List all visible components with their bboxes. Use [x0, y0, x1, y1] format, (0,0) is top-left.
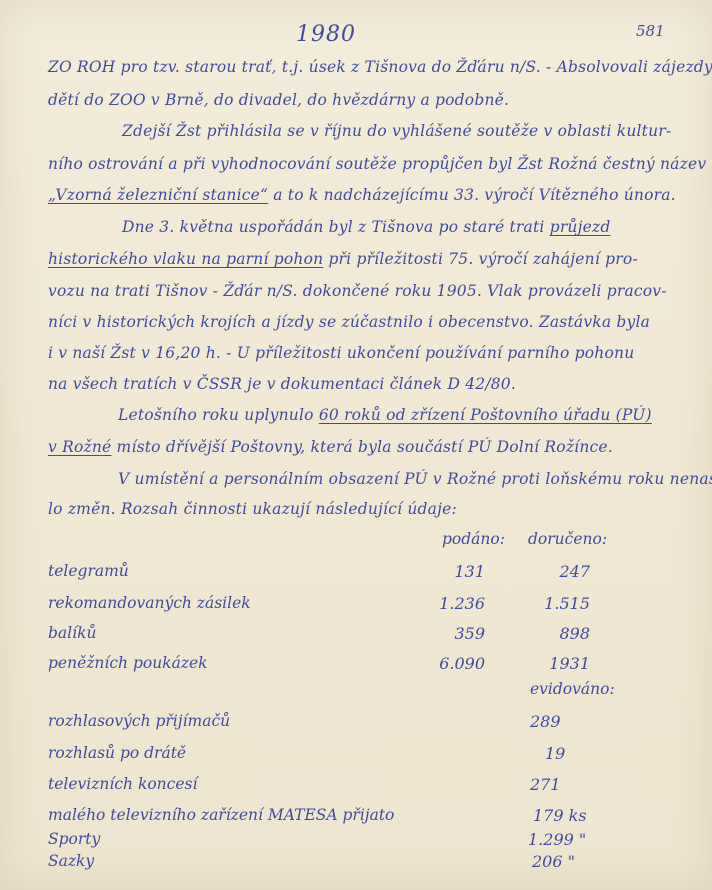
cell-podano: 131 — [415, 562, 485, 581]
row-label: rozhlasových přijímačů — [48, 712, 230, 730]
column-header-evidovano: evidováno: — [530, 680, 615, 698]
row-label: rozhlasů po drátě — [48, 744, 186, 762]
text-line: v Rožné místo dřívější Poštovny, která b… — [48, 438, 613, 456]
text-line: Dne 3. května uspořádán byl z Tišnova po… — [122, 218, 611, 236]
row-label: peněžních poukázek — [48, 654, 208, 672]
cell-doruceno: 898 — [520, 624, 590, 643]
cell-doruceno: 1.515 — [520, 594, 590, 613]
row-label: telegramů — [48, 562, 129, 580]
cell-evidovano: 289 — [530, 712, 600, 731]
text-line: dětí do ZOO v Brně, do divadel, do hvězd… — [48, 91, 509, 109]
text-line: ZO ROH pro tzv. starou trať, t.j. úsek z… — [48, 58, 712, 76]
text-line: vozu na trati Tišnov - Žďár n/S. dokonče… — [48, 282, 667, 300]
underlined-phrase: v Rožné — [48, 438, 111, 456]
column-header-doruceno: doručeno: — [528, 530, 607, 548]
row-label: malého televizního zařízení MATESA přija… — [48, 806, 394, 824]
text-line: ního ostrování a při vyhodnocování soutě… — [48, 155, 706, 173]
text-line: historického vlaku na parní pohon při př… — [48, 250, 638, 268]
cell-evidovano: 179 ks — [533, 806, 603, 825]
station-title-underlined: „Vzorná železniční stanice“ — [48, 186, 268, 204]
chronicle-page: 1980 581 ZO ROH pro tzv. starou trať, t.… — [0, 0, 712, 890]
cell-evidovano: 206 " — [532, 852, 602, 871]
page-number: 581 — [636, 22, 665, 40]
underlined-phrase: historického vlaku na parní pohon — [48, 250, 323, 268]
cell-doruceno: 1931 — [520, 654, 590, 673]
cell-evidovano: 19 — [545, 744, 615, 763]
text-line: i v naší Žst v 16,20 h. - U příležitosti… — [48, 344, 634, 362]
cell-podano: 1.236 — [415, 594, 485, 613]
text-line: Zdejší Žst přihlásila se v říjnu do vyhl… — [122, 122, 671, 140]
underlined-phrase: 60 roků od zřízení Poštovního úřadu (PÚ) — [319, 406, 652, 424]
cell-podano: 359 — [415, 624, 485, 643]
row-label: Sporty — [48, 830, 100, 848]
year-heading: 1980 — [296, 22, 356, 47]
cell-doruceno: 247 — [520, 562, 590, 581]
row-label: televizních koncesí — [48, 775, 197, 793]
row-label: Sazky — [48, 852, 94, 870]
row-label: balíků — [48, 624, 96, 642]
text-line: níci v historických krojích a jízdy se z… — [48, 313, 650, 331]
column-header-podano: podáno: — [442, 530, 505, 548]
text-line: lo změn. Rozsah činnosti ukazují následu… — [48, 500, 457, 518]
text-line-underlined-title: „Vzorná železniční stanice“ a to k nadch… — [48, 186, 676, 204]
cell-evidovano: 271 — [530, 775, 600, 794]
row-label: rekomandovaných zásilek — [48, 594, 251, 612]
cell-podano: 6.090 — [415, 654, 485, 673]
text-line: Letošního roku uplynulo 60 roků od zříze… — [118, 406, 652, 424]
text-line: na všech tratích v ČSSR je v dokumentaci… — [48, 375, 516, 393]
cell-evidovano: 1.299 " — [528, 830, 598, 849]
text-fragment: a to k nadcházejícímu 33. výročí Vítězné… — [268, 186, 676, 204]
text-line: V umístění a personálním obsazení PÚ v R… — [118, 470, 712, 488]
underlined-phrase: průjezd — [550, 218, 611, 236]
